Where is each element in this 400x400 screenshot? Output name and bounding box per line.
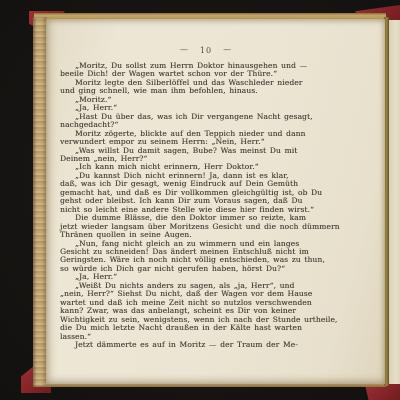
- photo-background: —10— „Moritz, Du sollst zum Herrn Doktor…: [0, 0, 400, 400]
- page-number-value: 10: [200, 46, 212, 55]
- adjacent-page-edge: [389, 20, 400, 384]
- page-number-dash-right: —: [223, 45, 232, 54]
- page-number-dash-left: —: [180, 45, 189, 54]
- text-line: Jetzt dämmerte es auf in Moritz — der Tr…: [60, 341, 353, 349]
- text-line: die Du mich letzte Nacht draußen in der …: [60, 324, 353, 332]
- book-page: —10— „Moritz, Du sollst zum Herrn Doktor…: [46, 19, 385, 384]
- page-edge-left: [33, 17, 47, 387]
- page-number: —10—: [46, 46, 366, 55]
- page-text: „Moritz, Du sollst zum Herrn Doktor hina…: [60, 62, 353, 349]
